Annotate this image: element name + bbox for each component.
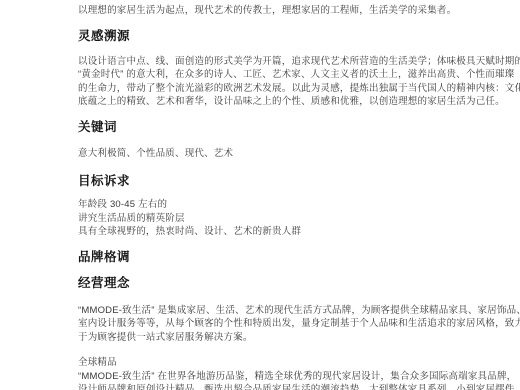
heading-philosophy: 经营理念	[78, 275, 506, 291]
heading-keywords: 关键词	[78, 119, 506, 135]
philosophy-line-2: 室内设计服务等等，从每个顾客的个性和特质出发，量身定制基于个人品味和生活追求的家…	[78, 317, 506, 331]
heading-inspiration: 灵感溯源	[78, 28, 506, 44]
target-audience-list: 年龄段 30-45 左右的 讲究生活品质的精英阶层 具有全球视野的，热衷时尚、设…	[78, 198, 506, 239]
inspiration-paragraph: 以设计语言中点、线、面创造的形式美学为开篇，追求现代艺术所营造的生活美学；体味极…	[78, 55, 506, 109]
target-line-2: 讲究生活品质的精英阶层	[78, 212, 506, 226]
inspiration-line-3: 的生命力，带动了整个流光溢彩的欧洲艺术发展。以此为灵感，提炼出独属于当代国人的精…	[78, 82, 506, 96]
global-boutique-subheading: 全球精品	[78, 356, 506, 370]
philosophy-paragraph: “MMODE-致生活” 是集成家居、生活、艺术的现代生活方式品牌，为顾客提供全球…	[78, 304, 506, 345]
inspiration-line-2: “黄金时代” 的意大利，在众多的诗人、工匠、艺术家、人文主义者的沃土上，滋养出高…	[78, 68, 506, 82]
target-line-3: 具有全球视野的，热衷时尚、设计、艺术的新贵人群	[78, 225, 506, 239]
global-boutique-line-1: “MMODE-致生活” 在世界各地游历品鉴，精选全球优秀的现代家居设计，集合众多…	[78, 370, 506, 384]
document-page: 以理想的家居生活为起点，现代艺术的传教士，理想家居的工程师，生活美学的采集者。 …	[0, 0, 520, 390]
heading-target-audience: 目标诉求	[78, 173, 506, 189]
target-line-1: 年龄段 30-45 左右的	[78, 198, 506, 212]
heading-brand-tone: 品牌格调	[78, 249, 506, 265]
inspiration-line-4: 底蕴之上的精致、艺术和奢华，设计品味之上的个性、质感和优雅，以创造理想的家居生活…	[78, 95, 506, 109]
philosophy-line-1: “MMODE-致生活” 是集成家居、生活、艺术的现代生活方式品牌，为顾客提供全球…	[78, 304, 506, 318]
philosophy-line-3: 于为顾客提供一站式家居服务解决方案。	[78, 331, 506, 345]
intro-line: 以理想的家居生活为起点，现代艺术的传教士，理想家居的工程师，生活美学的采集者。	[78, 4, 506, 18]
inspiration-line-1: 以设计语言中点、线、面创造的形式美学为开篇，追求现代艺术所营造的生活美学；体味极…	[78, 55, 506, 69]
keywords-line: 意大利极简、个性品质、现代、艺术	[78, 147, 506, 161]
global-boutique-line-2: 设计师品牌和原创设计精品，甄选出契合品质家居生活的潮流趋势，大到整体家具系列，小…	[78, 383, 506, 390]
global-boutique-block: 全球精品 “MMODE-致生活” 在世界各地游历品鉴，精选全球优秀的现代家居设计…	[78, 356, 506, 390]
